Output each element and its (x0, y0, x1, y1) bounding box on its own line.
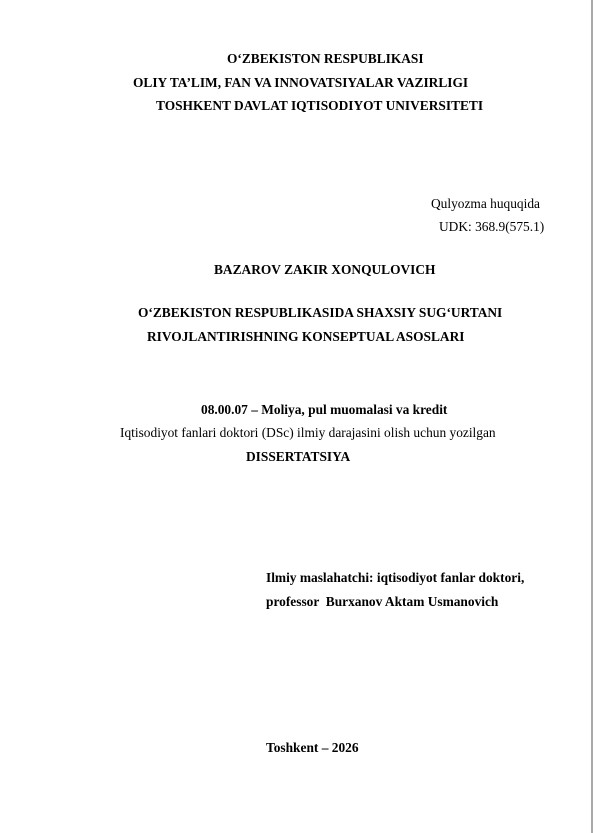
dissertation-title-line1: O‘ZBEKISTON RESPUBLIKASIDA SHAXSIY SUG‘U… (138, 305, 502, 321)
scientific-advisor-line2: professor Burxanov Aktam Usmanovich (266, 594, 498, 610)
scientific-advisor-line1: Ilmiy maslahatchi: iqtisodiyot fanlar do… (266, 570, 524, 586)
author-name: BAZAROV ZAKIR XONQULOVICH (214, 262, 435, 278)
specialty-code: 08.00.07 – Moliya, pul muomalasi va kred… (201, 402, 447, 418)
place-and-year: Toshkent – 2026 (266, 740, 359, 756)
udk-code: UDK: 368.9(575.1) (439, 219, 544, 235)
header-ministry: OLIY TA’LIM, FAN VA INNOVATSIYALAR VAZIR… (133, 75, 468, 91)
manuscript-rights-label: Qulyozma huquqida (431, 196, 540, 212)
dissertation-title-line2: RIVOJLANTIRISHNING KONSEPTUAL ASOSLARI (147, 329, 464, 345)
header-university: TOSHKENT DAVLAT IQTISODIYOT UNIVERSITETI (156, 98, 483, 114)
header-country: O‘ZBEKISTON RESPUBLIKASI (227, 51, 424, 67)
title-page: O‘ZBEKISTON RESPUBLIKASI OLIY TA’LIM, FA… (0, 0, 591, 833)
degree-purpose: Iqtisodiyot fanlari doktori (DSc) ilmiy … (120, 425, 496, 441)
document-type: DISSERTATSIYA (246, 449, 350, 465)
